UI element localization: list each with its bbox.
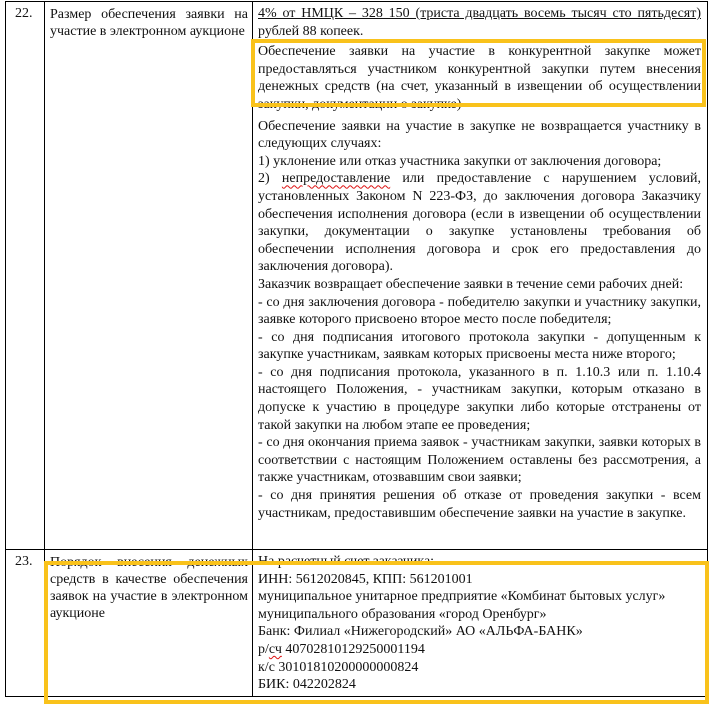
- bik: БИК: 042202824: [258, 676, 701, 694]
- account-prefix: р/: [258, 642, 269, 657]
- org-name-line-2: муниципального образования «город Оренбу…: [258, 606, 701, 624]
- return-item: - со дня заключения договора - победител…: [258, 294, 701, 329]
- row-value: 4% от НМЦК – 328 150 (триста двадцать во…: [253, 2, 707, 549]
- row-label: Порядок внесения денежных средств в каче…: [45, 550, 253, 696]
- label-text: Порядок внесения денежных средств в каче…: [50, 554, 248, 622]
- not-returned-intro: Обеспечение заявки на участие в закупке …: [258, 118, 701, 153]
- return-item: - со дня принятия решения об отказе от п…: [258, 487, 701, 522]
- account-number: 40702810129250001194: [282, 642, 425, 657]
- org-name-line-1: муниципальное унитарное предприятие «Ком…: [258, 588, 701, 606]
- bank-intro: На расчетный счет заказчика:: [258, 553, 701, 571]
- amount-line-2: рублей 88 копеек.: [258, 23, 701, 41]
- correspondent-account: к/с 30101810200000000824: [258, 659, 701, 677]
- item-prefix: 2): [258, 171, 282, 186]
- bank-details: На расчетный счет заказчика: ИНН: 561202…: [253, 550, 707, 696]
- inn-kpp: ИНН: 5612020845, КПП: 561201001: [258, 571, 701, 589]
- amount-line: 4% от НМЦК – 328 150 (триста двадцать во…: [258, 5, 701, 23]
- return-item: - со дня окончания приема заявок - участ…: [258, 434, 701, 487]
- amount-underlined: 4% от НМЦК – 328 150 (триста двадцать во…: [258, 6, 701, 21]
- row-number: 22.: [6, 2, 45, 549]
- highlighted-paragraph: Обеспечение заявки на участие в конкурен…: [258, 43, 701, 113]
- spellcheck-flagged-word[interactable]: непредоставление: [282, 171, 390, 186]
- item-text: или предоставление с нарушением условий,…: [258, 171, 701, 274]
- table-row-22: 22. Размер обеспечения заявки на участие…: [5, 1, 708, 549]
- return-intro: Заказчик возвращает обеспечение заявки в…: [258, 276, 701, 294]
- return-item: - со дня подписания итогового протокола …: [258, 329, 701, 364]
- row-label: Размер обеспечения заявки на участие в э…: [45, 2, 253, 549]
- row-number: 23.: [6, 550, 45, 696]
- return-item: - со дня подписания протокола, указанног…: [258, 364, 701, 434]
- spellcheck-flagged-word[interactable]: сч: [269, 642, 282, 657]
- bank-name: Банк: Филиал «Нижегородский» АО «АЛЬФА-Б…: [258, 623, 701, 641]
- table-row-23: 23. Порядок внесения денежных средств в …: [5, 549, 708, 697]
- settlement-account: р/сч 40702810129250001194: [258, 641, 701, 659]
- not-returned-item-1: 1) уклонение или отказ участника закупки…: [258, 153, 701, 171]
- label-text: Размер обеспечения заявки на участие в э…: [50, 6, 248, 40]
- not-returned-item-2: 2) непредоставление или предоставление с…: [258, 170, 701, 276]
